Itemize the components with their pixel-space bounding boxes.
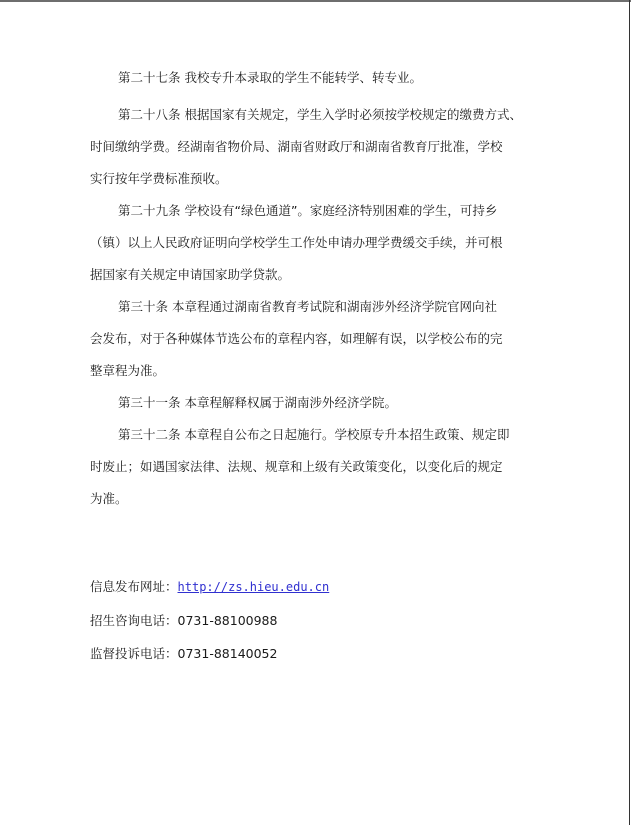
document-body: 第二十七条 我校专升本录取的学生不能转学、转专业。 第二十八条 根据国家有关规定…: [90, 62, 550, 515]
admission-phone-row: 招生咨询电话：0731-88100988: [90, 604, 329, 637]
article-line: 会发布，对于各种媒体节选公布的章程内容，如理解有误，以学校公布的完: [90, 323, 550, 355]
complaint-phone-row: 监督投诉电话：0731-88140052: [90, 637, 329, 670]
admission-phone-label: 招生咨询电话：: [90, 613, 178, 628]
page-right-border: [629, 0, 630, 825]
article-30: 第三十条 本章程通过湖南省教育考试院和湖南涉外经济学院官网向社 会发布，对于各种…: [90, 291, 550, 387]
article-line: 时废止；如遇国家法律、法规、规章和上级有关政策变化，以变化后的规定: [90, 451, 550, 483]
article-28: 第二十八条 根据国家有关规定，学生入学时必须按学校规定的缴费方式、 时间缴纳学费…: [90, 99, 550, 195]
article-line: 第三十二条 本章程自公布之日起施行。学校原专升本招生政策、规定即: [90, 419, 550, 451]
article-line: 时间缴纳学费。经湖南省物价局、湖南省财政厅和湖南省教育厅批准，学校: [90, 131, 550, 163]
article-line: 第三十一条 本章程解释权属于湖南涉外经济学院。: [90, 387, 550, 419]
complaint-phone-value: 0731-88140052: [178, 646, 278, 661]
article-line: 据国家有关规定申请国家助学贷款。: [90, 259, 550, 291]
article-31: 第三十一条 本章程解释权属于湖南涉外经济学院。: [90, 387, 550, 419]
article-line: （镇）以上人民政府证明向学校学生工作处申请办理学费缓交手续，并可根: [90, 227, 550, 259]
article-line: 第二十七条 我校专升本录取的学生不能转学、转专业。: [90, 62, 550, 94]
article-line: 第二十九条 学校设有“绿色通道”。家庭经济特别困难的学生，可持乡: [90, 195, 550, 227]
article-line: 第三十条 本章程通过湖南省教育考试院和湖南涉外经济学院官网向社: [90, 291, 550, 323]
article-27: 第二十七条 我校专升本录取的学生不能转学、转专业。: [90, 62, 550, 94]
page-top-border: [0, 0, 631, 2]
article-32: 第三十二条 本章程自公布之日起施行。学校原专升本招生政策、规定即 时废止；如遇国…: [90, 419, 550, 515]
website-row: 信息发布网址：http://zs.hieu.edu.cn: [90, 570, 329, 604]
article-line: 为准。: [90, 483, 550, 515]
website-link[interactable]: http://zs.hieu.edu.cn: [178, 580, 330, 594]
article-line: 第二十八条 根据国家有关规定，学生入学时必须按学校规定的缴费方式、: [90, 99, 550, 131]
article-line: 整章程为准。: [90, 355, 550, 387]
admission-phone-value: 0731-88100988: [178, 613, 278, 628]
article-29: 第二十九条 学校设有“绿色通道”。家庭经济特别困难的学生，可持乡 （镇）以上人民…: [90, 195, 550, 291]
website-label: 信息发布网址：: [90, 579, 178, 594]
contact-info: 信息发布网址：http://zs.hieu.edu.cn 招生咨询电话：0731…: [90, 570, 329, 670]
article-line: 实行按年学费标准预收。: [90, 163, 550, 195]
complaint-phone-label: 监督投诉电话：: [90, 646, 178, 661]
